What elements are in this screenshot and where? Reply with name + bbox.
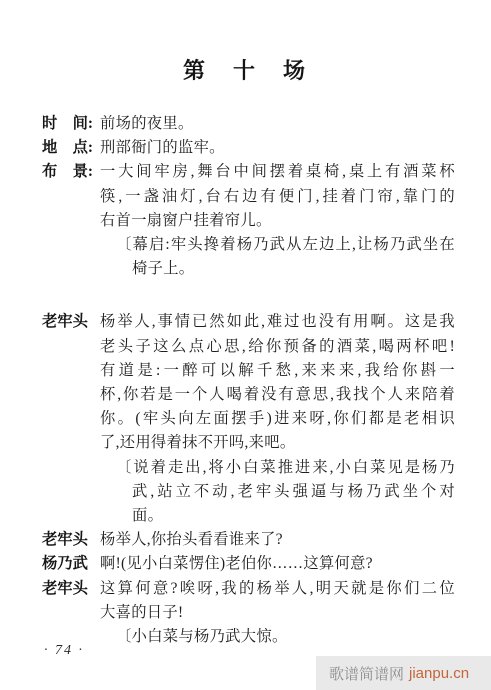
script-line: 大喜的日子! [100,601,455,625]
script-line: 〔说着走出,将小白菜推进来,小白菜见是杨乃 [100,456,455,480]
script-line: 刑部衙门的监牢。 [100,136,455,160]
script-line: 这算何意?唉呀,我的杨举人,明天就是你们二位 [100,577,455,601]
watermark-site-name: 歌谱简谱网 [329,663,404,684]
script-line: 啊!(见小白菜愣住)老伯你……这算何意? [100,552,455,576]
watermark: 歌谱简谱网 jianpu.cn [316,656,491,690]
script-line: 杯,你若是一个人喝着没有意思,我找个人来陪着 [100,383,455,407]
script-line: 了,还用得着抹不开吗,来吧。 [100,431,455,455]
stage-direction-label: 布 景: [42,160,100,184]
script-line: 一大间牢房,舞台中间摆着桌椅,桌上有酒菜杯 [100,160,455,184]
script-line: 你。(牢头向左面摆手)进来呀,你们都是老相识 [100,407,455,431]
speaker-name: 老牢头 [42,310,100,334]
script-body: 时 间:前场的夜里。地 点:刑部衙门的监牢。布 景:一大间牢房,舞台中间摆着桌椅… [0,85,491,649]
script-line: 筷,一盏油灯,台右边有便门,挂着门帘,靠门的 [100,185,455,209]
speaker-name: 老牢头 [42,528,100,552]
script-line: 面。 [100,504,455,528]
script-line: 杨举人,事情已然如此,难过也没有用啊。这是我 [100,310,455,334]
book-page: 第 十 场 时 间:前场的夜里。地 点:刑部衙门的监牢。布 景:一大间牢房,舞台… [0,0,491,690]
script-lines: 刑部衙门的监牢。 [100,136,455,160]
script-lines: 杨举人,你抬头看看谁来了? [100,528,455,552]
stage-direction-label: 时 间: [42,112,100,136]
stage-direction-label: 地 点: [42,136,100,160]
script-lines: 前场的夜里。 [100,112,455,136]
dialogue-block: 老牢头杨举人,事情已然如此,难过也没有用啊。这是我老头子这么点心思,给你预备的酒… [42,310,455,528]
dialogue-block: 老牢头这算何意?唉呀,我的杨举人,明天就是你们二位大喜的日子!〔小白菜与杨乃武大… [42,577,455,650]
speaker-name: 杨乃武 [42,552,100,576]
dialogue-block: 老牢头杨举人,你抬头看看谁来了? [42,528,455,552]
stage-direction-block: 时 间:前场的夜里。 [42,112,455,136]
script-lines: 一大间牢房,舞台中间摆着桌椅,桌上有酒菜杯筷,一盏油灯,台右边有便门,挂着门帘,… [100,160,455,281]
script-line: 老头子这么点心思,给你预备的酒菜,喝两杯吧! [100,335,455,359]
script-line: 右首一扇窗户挂着帘儿。 [100,209,455,233]
script-lines: 这算何意?唉呀,我的杨举人,明天就是你们二位大喜的日子!〔小白菜与杨乃武大惊。 [100,577,455,650]
script-line: 杨举人,你抬头看看谁来了? [100,528,455,552]
script-line: 〔小白菜与杨乃武大惊。 [100,625,455,649]
script-lines: 杨举人,事情已然如此,难过也没有用啊。这是我老头子这么点心思,给你预备的酒菜,喝… [100,310,455,528]
stage-direction-block: 布 景:一大间牢房,舞台中间摆着桌椅,桌上有酒菜杯筷,一盏油灯,台右边有便门,挂… [42,160,455,281]
script-line: 前场的夜里。 [100,112,455,136]
script-line: 〔幕启:牢头搀着杨乃武从左边上,让杨乃武坐在 [100,233,455,257]
dialogue-block: 杨乃武啊!(见小白菜愣住)老伯你……这算何意? [42,552,455,576]
scene-title: 第 十 场 [0,0,491,85]
script-lines: 啊!(见小白菜愣住)老伯你……这算何意? [100,552,455,576]
speaker-name: 老牢头 [42,577,100,601]
script-line: 椅子上。 [100,257,455,281]
stage-direction-block: 地 点:刑部衙门的监牢。 [42,136,455,160]
page-number: · 74 · [44,643,84,659]
script-line: 武,站立不动,老牢头强逼与杨乃武坐个对 [100,480,455,504]
watermark-site-url: jianpu.cn [409,665,469,682]
script-line: 有道是:一醉可以解千愁,来来来,我给你斟一 [100,359,455,383]
